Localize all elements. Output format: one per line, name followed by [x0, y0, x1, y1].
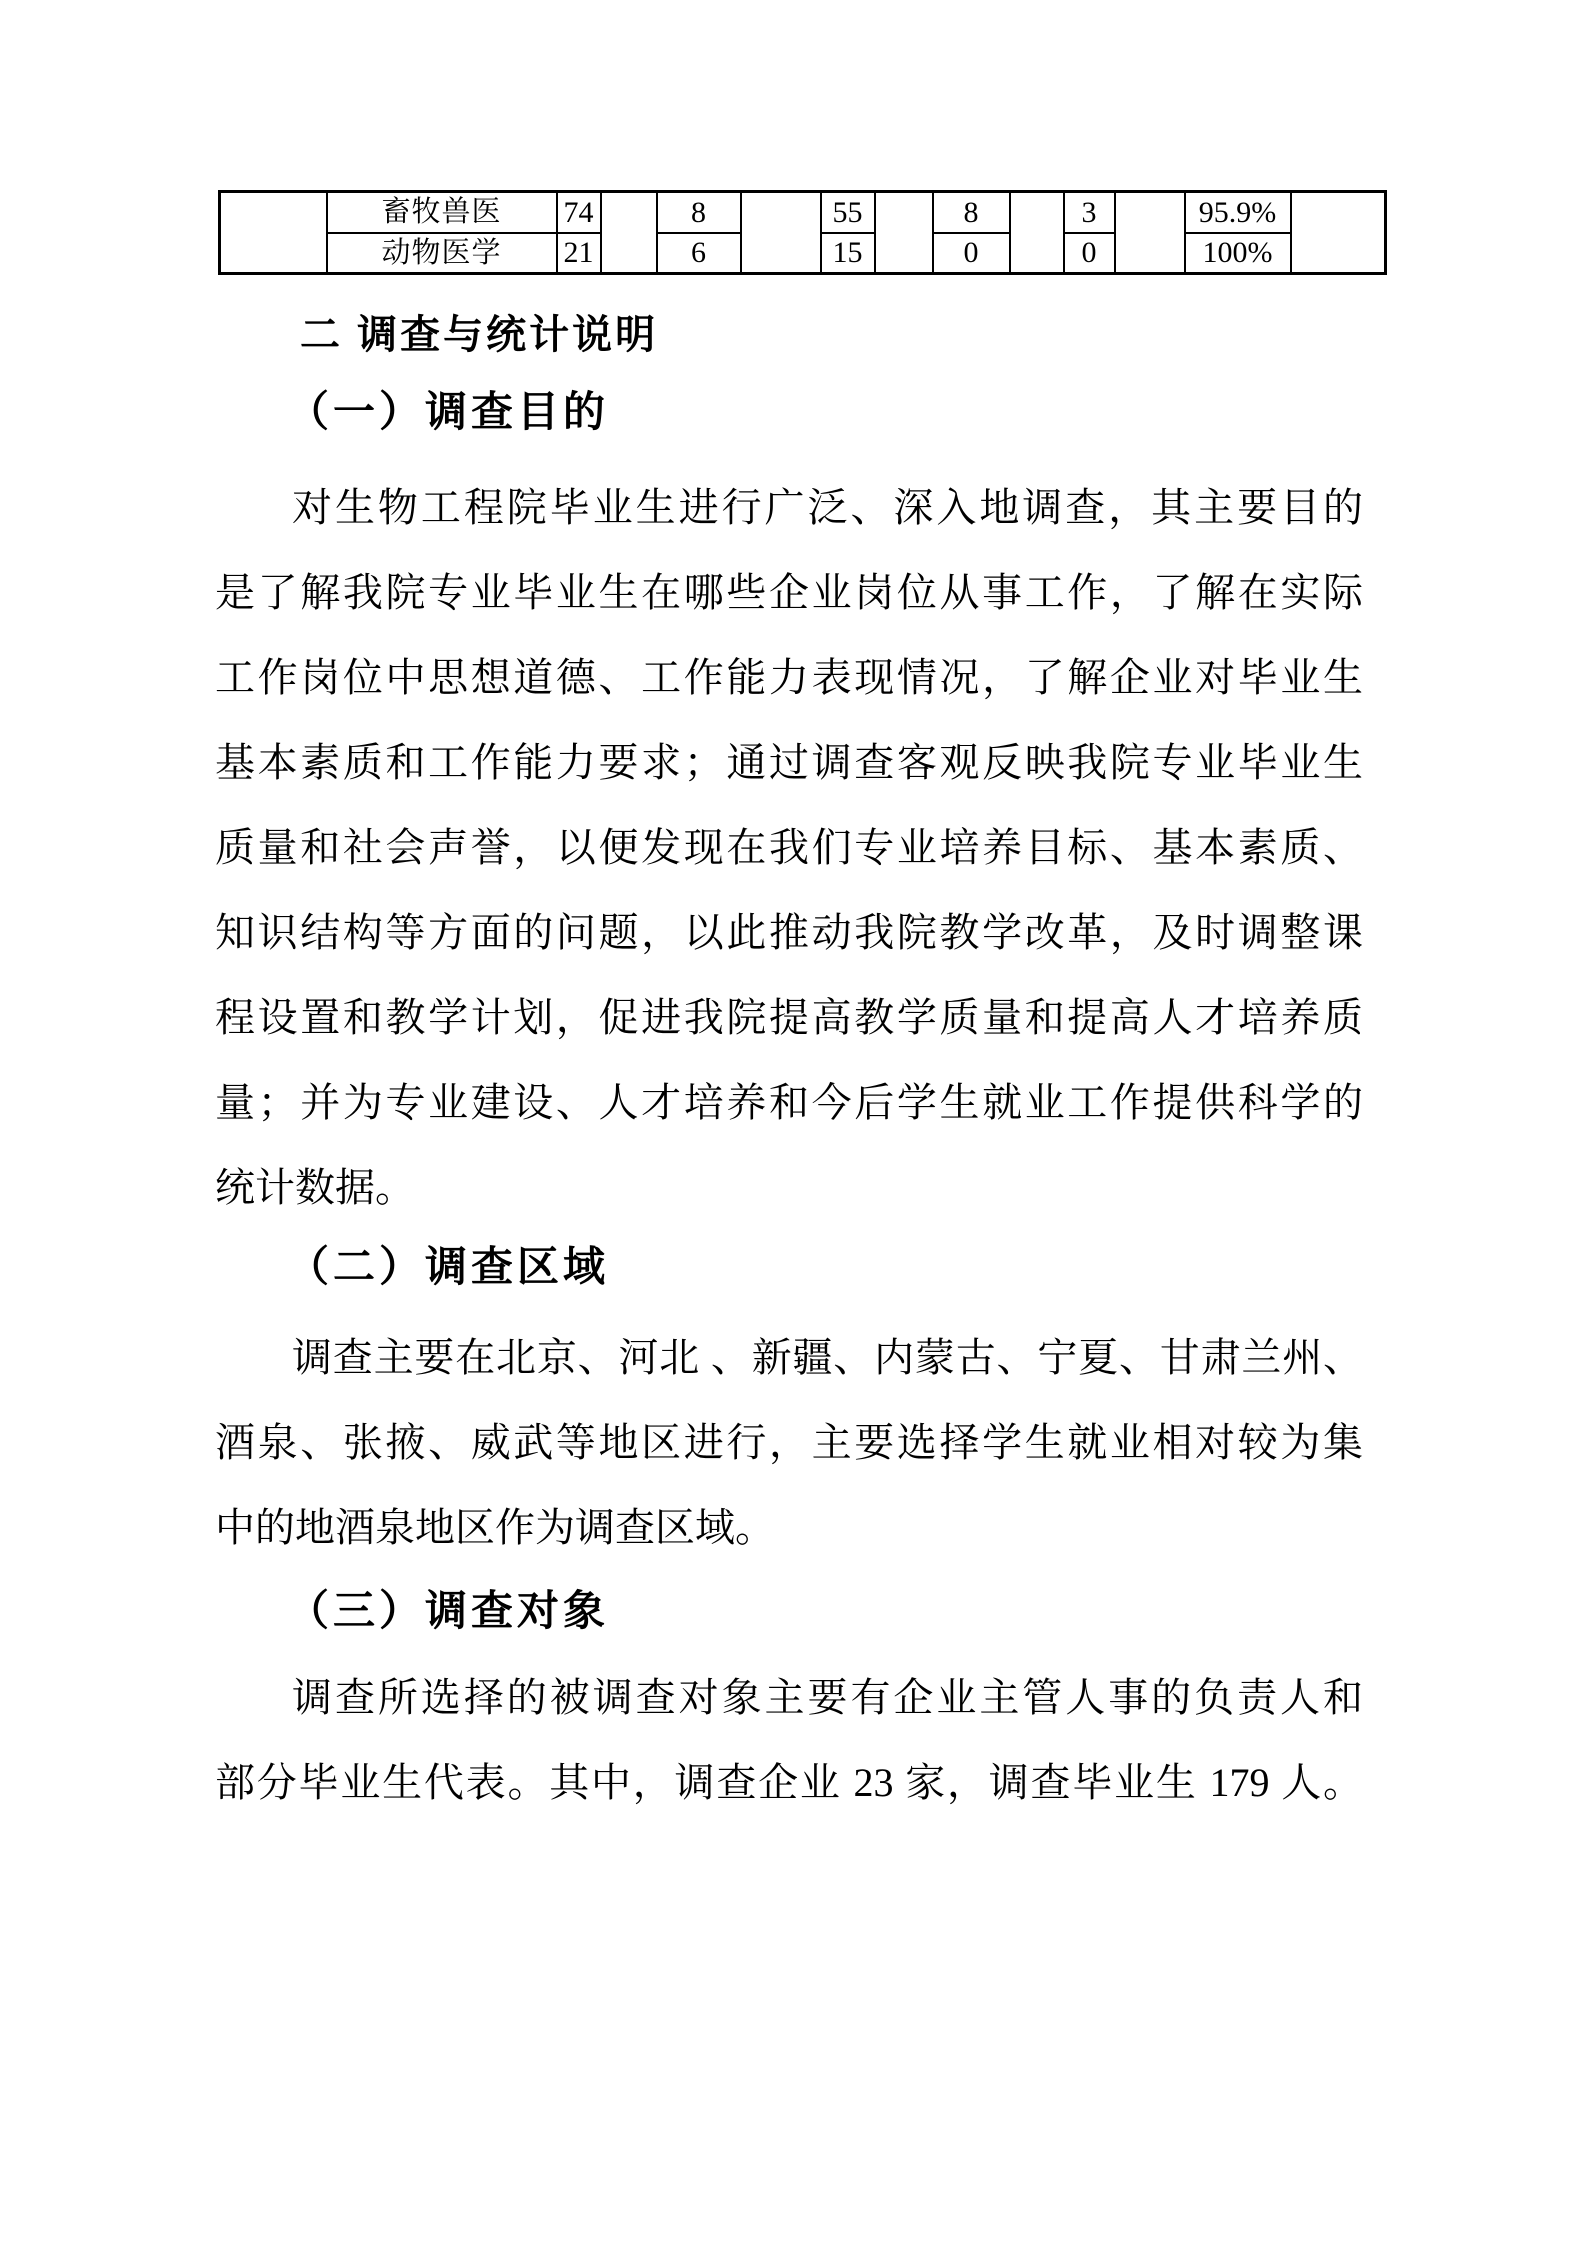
body-line: 统计数据。: [215, 1164, 1363, 1212]
table-cell-empty-right: [1291, 192, 1386, 274]
table-cell-gap: [601, 192, 657, 274]
table-cell-value: 6: [657, 233, 741, 274]
table-cell-major: 畜牧兽医: [327, 192, 557, 234]
table-cell-major: 动物医学: [327, 233, 557, 274]
body-line: 基本素质和工作能力要求；通过调查客观反映我院专业毕业生: [215, 739, 1363, 787]
table-cell-gap: [741, 192, 821, 274]
section-heading-1: （一）调查目的: [287, 389, 609, 437]
table-cell-gap: [875, 192, 933, 274]
table-cell-value: 8: [933, 192, 1010, 234]
body-line: 酒泉、张掖、威武等地区进行，主要选择学生就业相对较为集: [215, 1419, 1363, 1467]
table-cell-value: 3: [1064, 192, 1115, 234]
body-line: 部分毕业生代表。其中，调查企业 23 家，调查毕业生 179 人。: [215, 1759, 1363, 1807]
table-cell-value: 15: [821, 233, 875, 274]
section-heading-2: （二）调查区域: [287, 1244, 609, 1292]
table-cell-gap: [1115, 192, 1185, 274]
table-cell-value: 0: [933, 233, 1010, 274]
body-line: 调查主要在北京、河北 、新疆、内蒙古、宁夏、甘肃兰州、: [215, 1334, 1363, 1382]
body-line: 对生物工程院毕业生进行广泛、深入地调查，其主要目的: [215, 484, 1363, 532]
document-page: 畜牧兽医 74 8 55 8 3 95.9% 动物医学 21 6 15 0 0 …: [0, 0, 1587, 2245]
table-cell-value: 55: [821, 192, 875, 234]
table-cell-percentage: 95.9%: [1185, 192, 1291, 234]
table-cell-value: 74: [557, 192, 601, 234]
section-heading-main: 二 调查与统计说明: [300, 311, 658, 359]
body-line: 工作岗位中思想道德、工作能力表现情况，了解企业对毕业生: [215, 654, 1363, 702]
table-cell-value: 0: [1064, 233, 1115, 274]
section-heading-3: （三）调查对象: [287, 1588, 609, 1636]
table-cell-value: 21: [557, 233, 601, 274]
table-cell-value: 8: [657, 192, 741, 234]
body-line: 调查所选择的被调查对象主要有企业主管人事的负责人和: [215, 1674, 1363, 1722]
body-line: 知识结构等方面的问题，以此推动我院教学改革，及时调整课: [215, 909, 1363, 957]
table-cell-percentage: 100%: [1185, 233, 1291, 274]
body-line: 是了解我院专业毕业生在哪些企业岗位从事工作，了解在实际: [215, 569, 1363, 617]
graduate-stats-table: 畜牧兽医 74 8 55 8 3 95.9% 动物医学 21 6 15 0 0 …: [218, 190, 1387, 275]
table-row: 畜牧兽医 74 8 55 8 3 95.9%: [220, 192, 1386, 234]
table-cell-empty-left: [220, 192, 327, 274]
body-line: 程设置和教学计划，促进我院提高教学质量和提高人才培养质: [215, 994, 1363, 1042]
table-cell-gap: [1010, 192, 1064, 274]
body-line: 质量和社会声誉，以便发现在我们专业培养目标、基本素质、: [215, 824, 1363, 872]
body-line: 中的地酒泉地区作为调查区域。: [215, 1504, 1363, 1552]
body-line: 量；并为专业建设、人才培养和今后学生就业工作提供科学的: [215, 1079, 1363, 1127]
